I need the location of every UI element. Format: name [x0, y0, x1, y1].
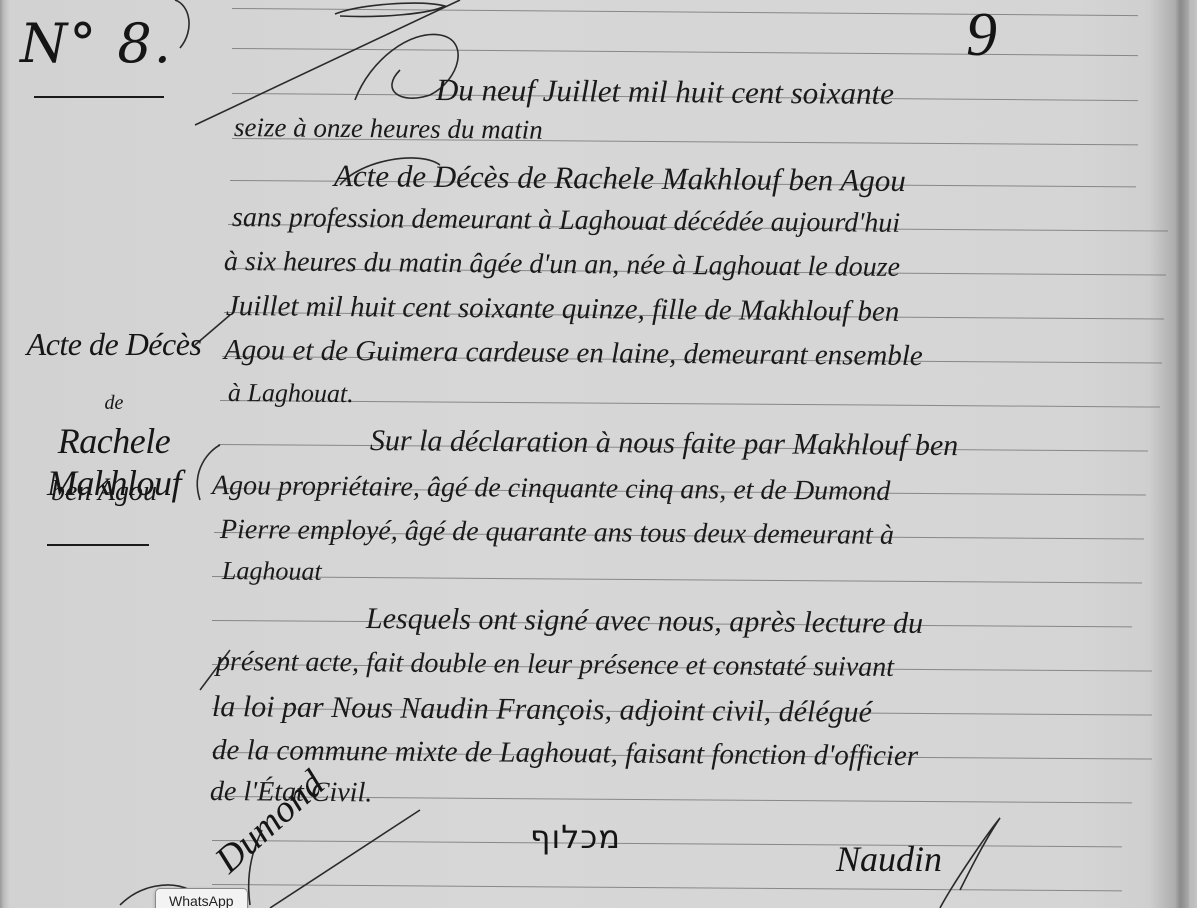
whatsapp-tooltip: WhatsApp	[155, 888, 248, 908]
signature-declarant-hebrew: מכלוף	[530, 818, 621, 856]
signature-officer: Naudin	[836, 838, 942, 880]
body-line: Du neuf Juillet mil huit cent soixante	[436, 72, 894, 112]
body-line: la loi par Nous Naudin François, adjoint…	[212, 690, 872, 730]
binding-edge	[1175, 0, 1189, 908]
ruled-line	[220, 400, 1160, 408]
record-number: N° 8.	[20, 12, 173, 75]
body-line: sans profession demeurant à Laghouat déc…	[232, 202, 900, 240]
ruled-line	[232, 48, 1138, 56]
scanned-document-page: 9 N° 8. Acte de Décès de Rachele Makhlou…	[0, 0, 1197, 908]
record-number-underline	[34, 96, 164, 98]
margin-column: N° 8. Acte de Décès de Rachele Makhlouf …	[0, 0, 230, 908]
margin-title-line-4: ben Agou	[24, 476, 184, 508]
body-line: présent acte, fait double en leur présen…	[216, 646, 894, 684]
body-line: Sur la déclaration à nous faite par Makh…	[370, 424, 959, 463]
body-line: Lesquels ont signé avec nous, après lect…	[366, 602, 923, 641]
ruled-line	[212, 884, 1122, 891]
body-line: Laghouat	[222, 556, 322, 587]
margin-title-line-2: de	[4, 392, 224, 415]
body-line: Pierre employé, âgé de quarante ans tous…	[220, 514, 894, 552]
body-line: de la commune mixte de Laghouat, faisant…	[212, 734, 918, 773]
body-line: Juillet mil huit cent soixante quinze, f…	[226, 290, 900, 329]
body-line: Agou propriétaire, âgé de cinquante cinq…	[212, 470, 891, 508]
body-line: Agou et de Guimera cardeuse en laine, de…	[224, 334, 923, 373]
body-line: à Laghouat.	[228, 378, 354, 409]
margin-title-line-1: Acte de Décès	[4, 326, 224, 363]
ruled-line	[212, 840, 1122, 847]
margin-title-underline	[47, 544, 149, 546]
body-line: Acte de Décès de Rachele Makhlouf ben Ag…	[334, 158, 906, 199]
body-line: seize à onze heures du matin	[234, 112, 543, 146]
folio-number: 9	[966, 0, 997, 71]
body-line: à six heures du matin âgée d'un an, née …	[224, 246, 900, 284]
ruled-line	[212, 576, 1142, 583]
ruled-line	[232, 8, 1138, 16]
